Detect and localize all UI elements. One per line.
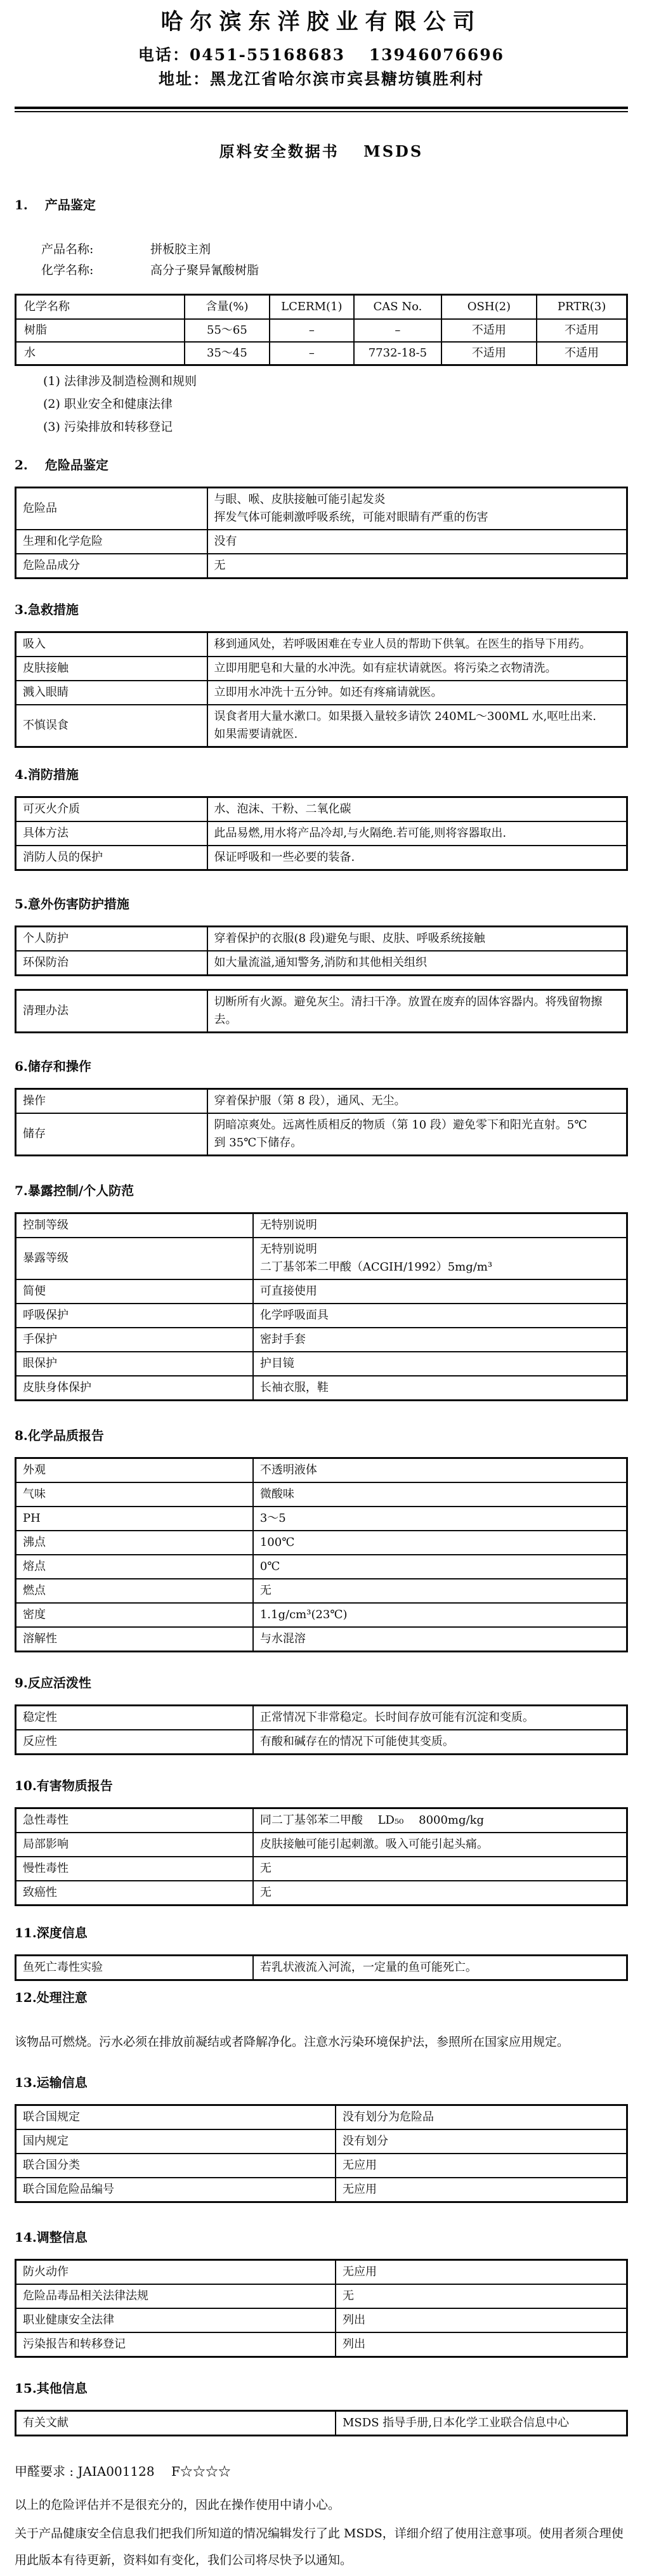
- row-value: 误食者用大量水漱口。如果摄入量较多请饮 240ML～300ML 水,呕吐出来. …: [207, 705, 627, 747]
- section-hazard-identification: 2. 危险品鉴定 危险品 与眼、喉、皮肤接触可能引起发炎 挥发气体可能刺激呼吸系…: [15, 456, 628, 579]
- section-11-heading: 11.深度信息: [15, 1924, 628, 1942]
- row-value: 阴暗凉爽处。远离性质相反的物质（第 10 段）避免零下和阳光直射。5℃ 到 35…: [207, 1113, 627, 1156]
- row-label: 溅入眼睛: [16, 681, 207, 705]
- table-row: 有关文献 MSDS 指导手册,日本化学工业联合信息中心: [16, 2411, 627, 2436]
- row-value: 水、泡沫、干粉、二氧化碳: [207, 797, 627, 822]
- phone-line: 电话：0451-55168683 13946076696: [15, 44, 628, 66]
- row-label: 危险品成分: [16, 554, 207, 579]
- row-value: 正常情况下非常稳定。长时间存放可能有沉淀和变质。: [253, 1706, 627, 1730]
- row-label: 沸点: [16, 1531, 253, 1555]
- msds-document: 哈尔滨东洋胶业有限公司 电话：0451-55168683 13946076696…: [0, 0, 647, 2576]
- row-label: 致癌性: [16, 1881, 253, 1906]
- row-label: 慢性毒性: [16, 1857, 253, 1881]
- row-value: 无应用: [336, 2154, 627, 2178]
- other-info-table: 有关文献 MSDS 指导手册,日本化学工业联合信息中心: [15, 2410, 628, 2436]
- section-4-heading: 4.消防措施: [15, 766, 628, 783]
- table-row: 外观 不透明液体: [16, 1458, 627, 1483]
- row-value: 无: [253, 1881, 627, 1906]
- accidental-release-table: 个人防护 穿着保护的衣服(8 段)避免与眼、皮肤、呼吸系统接触 环保防治 如大量…: [15, 925, 628, 976]
- table-row: 水 35～45 – 7732-18-5 不适用 不适用: [16, 342, 627, 365]
- table-row: 稳定性 正常情况下非常稳定。长时间存放可能有沉淀和变质。: [16, 1706, 627, 1730]
- row-label: 控制等级: [16, 1213, 253, 1238]
- row-label: 呼吸保护: [16, 1304, 253, 1328]
- row-label: 联合国危险品编号: [16, 2178, 336, 2202]
- section-exposure-control: 7.暴露控制/个人防范 控制等级 无特别说明 暴露等级 无特别说明 二丁基邻苯二…: [15, 1182, 628, 1401]
- chemical-name-field: 化学名称:高分子聚异氰酸树脂: [41, 260, 628, 281]
- toxicity-table: 急性毒性 同二丁基邻苯二甲酸 LD₅₀ 8000mg/kg 局部影响 皮肤接触可…: [15, 1807, 628, 1906]
- cell-prtr: 不适用: [537, 342, 627, 365]
- row-value: 此品易燃,用水将产品冷却,与火隔绝.若可能,则将容器取出.: [207, 821, 627, 846]
- section-3-heading: 3.急救措施: [15, 601, 628, 618]
- row-label: 吸入: [16, 632, 207, 657]
- section-toxicology: 10.有害物质报告 急性毒性 同二丁基邻苯二甲酸 LD₅₀ 8000mg/kg …: [15, 1777, 628, 1906]
- table-row: 危险品成分 无: [16, 554, 627, 579]
- row-label: 储存: [16, 1113, 207, 1156]
- table-row: 局部影响 皮肤接触可能引起刺激。吸入可能引起头痛。: [16, 1833, 627, 1857]
- row-value: 0℃: [253, 1555, 627, 1579]
- column-header: LCERM(1): [270, 295, 354, 320]
- hazard-identification-table: 危险品 与眼、喉、皮肤接触可能引起发炎 挥发气体可能刺激呼吸系统，可能对眼睛有严…: [15, 487, 628, 579]
- column-header: 含量(%): [185, 295, 269, 320]
- row-label: 反应性: [16, 1730, 253, 1755]
- row-label: 暴露等级: [16, 1238, 253, 1279]
- row-value: 可直接使用: [253, 1279, 627, 1304]
- table-row: 皮肤身体保护 长袖衣服，鞋: [16, 1376, 627, 1401]
- table-footnotes: (1) 法律涉及制造检测和规则 (2) 职业安全和健康法律 (3) 污染排放和转…: [15, 370, 628, 438]
- fire-fighting-table: 可灭火介质 水、泡沫、干粉、二氧化碳 具体方法 此品易燃,用水将产品冷却,与火隔…: [15, 796, 628, 871]
- column-header: OSH(2): [441, 295, 537, 320]
- column-header: CAS No.: [354, 295, 441, 320]
- row-value: 立即用肥皂和大量的水冲洗。如有症状请就医。将污染之衣物清洗。: [207, 657, 627, 681]
- row-label: 消防人员的保护: [16, 846, 207, 870]
- section-storage-handling: 6.储存和操作 操作 穿着保护服（第 8 段），通风、无尘。 储存 阴暗凉爽处。…: [15, 1057, 628, 1156]
- row-label: 简便: [16, 1279, 253, 1304]
- row-label: 国内规定: [16, 2129, 336, 2154]
- cell-lcerm: –: [270, 342, 354, 365]
- row-label: 生理和化学危险: [16, 530, 207, 554]
- row-value: 无: [207, 554, 627, 579]
- transport-table: 联合国规定 没有划分为危险品 国内规定 没有划分 联合国分类 无应用 联合国危险…: [15, 2104, 628, 2203]
- table-row: 国内规定 没有划分: [16, 2129, 627, 2154]
- column-header: PRTR(3): [537, 295, 627, 320]
- table-row: 储存 阴暗凉爽处。远离性质相反的物质（第 10 段）避免零下和阳光直射。5℃ 到…: [16, 1113, 627, 1156]
- table-row: 熔点 0℃: [16, 1555, 627, 1579]
- table-row: PH 3～5: [16, 1507, 627, 1531]
- section-ecological: 11.深度信息 鱼死亡毒性实验 若乳状液流入河流，一定量的鱼可能死亡。: [15, 1924, 628, 1981]
- cell-chemical: 水: [16, 342, 185, 365]
- row-value: 无: [336, 2284, 627, 2308]
- table-row: 防火动作 无应用: [16, 2260, 627, 2285]
- table-row: 眼保护 护目镜: [16, 1352, 627, 1376]
- table-row: 呼吸保护 化学呼吸面具: [16, 1304, 627, 1328]
- header-divider: [15, 107, 628, 112]
- table-row: 气味 微酸味: [16, 1482, 627, 1507]
- table-row: 危险品 与眼、喉、皮肤接触可能引起发炎 挥发气体可能刺激呼吸系统，可能对眼睛有严…: [16, 488, 627, 530]
- table-row: 反应性 有酸和碱存在的情况下可能使其变质。: [16, 1730, 627, 1755]
- row-label: 个人防护: [16, 927, 207, 951]
- row-value: 列出: [336, 2332, 627, 2357]
- table-row: 联合国分类 无应用: [16, 2154, 627, 2178]
- table-row: 生理和化学危险 没有: [16, 530, 627, 554]
- section-15-heading: 15.其他信息: [15, 2379, 628, 2397]
- cell-cas: –: [354, 319, 441, 342]
- cell-content: 55～65: [185, 319, 269, 342]
- footnote-2: (2) 职业安全和健康法律: [43, 393, 628, 415]
- row-value: 皮肤接触可能引起刺激。吸入可能引起头痛。: [253, 1833, 627, 1857]
- row-value: 密封手套: [253, 1328, 627, 1352]
- cell-prtr: 不适用: [537, 319, 627, 342]
- row-value: 无: [253, 1857, 627, 1881]
- section-physical-properties: 8.化学品质报告 外观 不透明液体 气味 微酸味 PH 3～5 沸点 100℃: [15, 1427, 628, 1652]
- row-value: 保证呼吸和一些必要的装备.: [207, 846, 627, 870]
- row-value: 1.1g/cm³(23℃): [253, 1603, 627, 1627]
- row-label: 急性毒性: [16, 1808, 253, 1833]
- physical-properties-table: 外观 不透明液体 气味 微酸味 PH 3～5 沸点 100℃ 熔点 0℃: [15, 1457, 628, 1652]
- table-row: 消防人员的保护 保证呼吸和一些必要的装备.: [16, 846, 627, 870]
- disclaimer-line-1: 以上的危险评估并不是很充分的，因此在操作使用中请小心。: [15, 2495, 628, 2515]
- composition-table: 化学名称 含量(%) LCERM(1) CAS No. OSH(2) PRTR(…: [15, 294, 628, 366]
- section-accidental-release: 5.意外伤害防护措施 个人防护 穿着保护的衣服(8 段)避免与眼、皮肤、呼吸系统…: [15, 895, 628, 1033]
- row-label: 手保护: [16, 1328, 253, 1352]
- footnote-3: (3) 污染排放和转移登记: [43, 415, 628, 438]
- table-row: 暴露等级 无特别说明 二丁基邻苯二甲酸（ACGIH/1992）5mg/m³: [16, 1238, 627, 1279]
- product-name-field: 产品名称:拼板胶主剂: [41, 239, 628, 260]
- table-row: 具体方法 此品易燃,用水将产品冷却,与火隔绝.若可能,则将容器取出.: [16, 821, 627, 846]
- row-label: 可灭火介质: [16, 797, 207, 822]
- table-row: 致癌性 无: [16, 1881, 627, 1906]
- section-7-heading: 7.暴露控制/个人防范: [15, 1182, 628, 1200]
- section-fire-fighting: 4.消防措施 可灭火介质 水、泡沫、干粉、二氧化碳 具体方法 此品易燃,用水将产…: [15, 766, 628, 871]
- table-row: 吸入 移到通风处，若呼吸困难在专业人员的帮助下供氧。在医生的指导下用药。: [16, 632, 627, 657]
- row-label: 有关文献: [16, 2411, 336, 2436]
- section-reactivity: 9.反应活泼性 稳定性 正常情况下非常稳定。长时间存放可能有沉淀和变质。 反应性…: [15, 1674, 628, 1755]
- row-value: 穿着保护服（第 8 段），通风、无尘。: [207, 1089, 627, 1114]
- cell-cas: 7732-18-5: [354, 342, 441, 365]
- regulatory-table: 防火动作 无应用 危险品毒品相关法律法规 无 职业健康安全法律 列出 污染报告和…: [15, 2259, 628, 2358]
- address-line: 地址：黑龙江省哈尔滨市宾县糖坊镇胜利村: [15, 69, 628, 90]
- row-value: 护目镜: [253, 1352, 627, 1376]
- section-disposal: 12.处理注意 该物品可燃烧。污水必须在排放前凝结或者降解净化。注意水污染环境保…: [15, 1989, 628, 2052]
- table-row: 污染报告和转移登记 列出: [16, 2332, 627, 2357]
- row-value: 无: [253, 1579, 627, 1603]
- row-label: 气味: [16, 1482, 253, 1507]
- row-label: 联合国规定: [16, 2105, 336, 2130]
- row-value: 有酸和碱存在的情况下可能使其变质。: [253, 1730, 627, 1755]
- cell-lcerm: –: [270, 319, 354, 342]
- section-first-aid: 3.急救措施 吸入 移到通风处，若呼吸困难在专业人员的帮助下供氧。在医生的指导下…: [15, 601, 628, 748]
- document-title: 原料安全数据书 MSDS: [15, 141, 628, 162]
- cell-content: 35～45: [185, 342, 269, 365]
- section-13-heading: 13.运输信息: [15, 2074, 628, 2091]
- row-label: 燃点: [16, 1579, 253, 1603]
- row-label: 稳定性: [16, 1706, 253, 1730]
- table-row: 沸点 100℃: [16, 1531, 627, 1555]
- table-row: 树脂 55～65 – – 不适用 不适用: [16, 319, 627, 342]
- ecological-table: 鱼死亡毒性实验 若乳状液流入河流，一定量的鱼可能死亡。: [15, 1954, 628, 1981]
- table-row: 控制等级 无特别说明: [16, 1213, 627, 1238]
- first-aid-table: 吸入 移到通风处，若呼吸困难在专业人员的帮助下供氧。在医生的指导下用药。 皮肤接…: [15, 631, 628, 748]
- product-fields: 产品名称:拼板胶主剂 化学名称:高分子聚异氰酸树脂: [15, 239, 628, 281]
- row-value: 移到通风处，若呼吸困难在专业人员的帮助下供氧。在医生的指导下用药。: [207, 632, 627, 657]
- section-6-heading: 6.储存和操作: [15, 1057, 628, 1075]
- row-value: 无特别说明: [253, 1213, 627, 1238]
- row-value: 3～5: [253, 1507, 627, 1531]
- row-value: 列出: [336, 2308, 627, 2332]
- exposure-control-table: 控制等级 无特别说明 暴露等级 无特别说明 二丁基邻苯二甲酸（ACGIH/199…: [15, 1212, 628, 1401]
- row-label: 皮肤接触: [16, 657, 207, 681]
- row-value: 若乳状液流入河流，一定量的鱼可能死亡。: [253, 1956, 627, 1980]
- table-row: 手保护 密封手套: [16, 1328, 627, 1352]
- table-row: 溅入眼睛 立即用水冲洗十五分钟。如还有疼痛请就医。: [16, 681, 627, 705]
- section-10-heading: 10.有害物质报告: [15, 1777, 628, 1795]
- table-row: 联合国规定 没有划分为危险品: [16, 2105, 627, 2130]
- cell-osh: 不适用: [441, 342, 537, 365]
- row-value: 穿着保护的衣服(8 段)避免与眼、皮肤、呼吸系统接触: [207, 927, 627, 951]
- row-label: 外观: [16, 1458, 253, 1483]
- row-label: 局部影响: [16, 1833, 253, 1857]
- table-row: 密度 1.1g/cm³(23℃): [16, 1603, 627, 1627]
- formaldehyde-rating: 甲醛要求 : JAIA001128 F☆☆☆☆: [15, 2462, 628, 2481]
- product-name-label: 产品名称:: [41, 239, 150, 260]
- disclaimer-line-2: 关于产品健康安全信息我们把我们所知道的情况编辑发行了此 MSDS，详细介绍了使用…: [15, 2520, 628, 2573]
- table-row: 操作 穿着保护服（第 8 段），通风、无尘。: [16, 1089, 627, 1114]
- section-2-heading: 2. 危险品鉴定: [15, 456, 628, 474]
- table-row: 溶解性 与水混溶: [16, 1627, 627, 1652]
- section-12-heading: 12.处理注意: [15, 1989, 628, 2006]
- row-label: 环保防治: [16, 951, 207, 976]
- row-value: 与眼、喉、皮肤接触可能引起发炎 挥发气体可能刺激呼吸系统，可能对眼睛有严重的伤害: [207, 488, 627, 530]
- row-value: 无应用: [336, 2178, 627, 2202]
- table-row: 急性毒性 同二丁基邻苯二甲酸 LD₅₀ 8000mg/kg: [16, 1808, 627, 1833]
- row-value: 没有: [207, 530, 627, 554]
- row-value: 立即用水冲洗十五分钟。如还有疼痛请就医。: [207, 681, 627, 705]
- section-regulatory: 14.调整信息 防火动作 无应用 危险品毒品相关法律法规 无 职业健康安全法律 …: [15, 2228, 628, 2358]
- section-product-identification: 1. 产品鉴定 产品名称:拼板胶主剂 化学名称:高分子聚异氰酸树脂 化学名称 含…: [15, 196, 628, 438]
- row-label: 皮肤身体保护: [16, 1376, 253, 1401]
- row-label: 密度: [16, 1603, 253, 1627]
- table-row: 鱼死亡毒性实验 若乳状液流入河流，一定量的鱼可能死亡。: [16, 1956, 627, 1980]
- section-5-heading: 5.意外伤害防护措施: [15, 895, 628, 913]
- table-row: 简便 可直接使用: [16, 1279, 627, 1304]
- company-name: 哈尔滨东洋胶业有限公司: [15, 8, 628, 37]
- row-value: 化学呼吸面具: [253, 1304, 627, 1328]
- row-value: 微酸味: [253, 1482, 627, 1507]
- footnote-1: (1) 法律涉及制造检测和规则: [43, 370, 628, 393]
- table-row: 个人防护 穿着保护的衣服(8 段)避免与眼、皮肤、呼吸系统接触: [16, 927, 627, 951]
- table-row: 燃点 无: [16, 1579, 627, 1603]
- row-label: 联合国分类: [16, 2154, 336, 2178]
- table-row: 清理办法 切断所有火源。避免灰尘。清扫干净。放置在废弃的固体容器内。将残留物擦去…: [16, 990, 627, 1033]
- table-row: 慢性毒性 无: [16, 1857, 627, 1881]
- row-label: PH: [16, 1507, 253, 1531]
- product-name-value: 拼板胶主剂: [150, 242, 211, 256]
- row-label: 清理办法: [16, 990, 207, 1033]
- row-value: 100℃: [253, 1531, 627, 1555]
- row-value: 如大量流溢,通知警务,消防和其他相关组织: [207, 951, 627, 976]
- cleanup-table: 清理办法 切断所有火源。避免灰尘。清扫干净。放置在废弃的固体容器内。将残留物擦去…: [15, 989, 628, 1033]
- row-label: 防火动作: [16, 2260, 336, 2285]
- row-label: 溶解性: [16, 1627, 253, 1652]
- row-value: MSDS 指导手册,日本化学工业联合信息中心: [336, 2411, 627, 2436]
- section-1-heading: 1. 产品鉴定: [15, 196, 628, 214]
- table-row: 可灭火介质 水、泡沫、干粉、二氧化碳: [16, 797, 627, 822]
- storage-handling-table: 操作 穿着保护服（第 8 段），通风、无尘。 储存 阴暗凉爽处。远离性质相反的物…: [15, 1088, 628, 1156]
- row-value: 没有划分为危险品: [336, 2105, 627, 2130]
- row-value: 没有划分: [336, 2129, 627, 2154]
- row-value: 切断所有火源。避免灰尘。清扫干净。放置在废弃的固体容器内。将残留物擦去。: [207, 990, 627, 1033]
- row-label: 熔点: [16, 1555, 253, 1579]
- row-label: 危险品: [16, 488, 207, 530]
- row-value: 与水混溶: [253, 1627, 627, 1652]
- table-row: 皮肤接触 立即用肥皂和大量的水冲洗。如有症状请就医。将污染之衣物清洗。: [16, 657, 627, 681]
- row-value: 同二丁基邻苯二甲酸 LD₅₀ 8000mg/kg: [253, 1808, 627, 1833]
- table-row: 职业健康安全法律 列出: [16, 2308, 627, 2332]
- section-other-info: 15.其他信息 有关文献 MSDS 指导手册,日本化学工业联合信息中心: [15, 2379, 628, 2436]
- row-label: 具体方法: [16, 821, 207, 846]
- chemical-name-value: 高分子聚异氰酸树脂: [150, 263, 259, 277]
- table-row: 环保防治 如大量流溢,通知警务,消防和其他相关组织: [16, 951, 627, 976]
- cell-chemical: 树脂: [16, 319, 185, 342]
- row-value: 无应用: [336, 2260, 627, 2285]
- column-header: 化学名称: [16, 295, 185, 320]
- cell-osh: 不适用: [441, 319, 537, 342]
- row-label: 眼保护: [16, 1352, 253, 1376]
- table-row: 不慎误食 误食者用大量水漱口。如果摄入量较多请饮 240ML～300ML 水,呕…: [16, 705, 627, 747]
- table-row: 联合国危险品编号 无应用: [16, 2178, 627, 2202]
- table-row: 危险品毒品相关法律法规 无: [16, 2284, 627, 2308]
- section-transport: 13.运输信息 联合国规定 没有划分为危险品 国内规定 没有划分 联合国分类 无…: [15, 2074, 628, 2203]
- row-value: 长袖衣服，鞋: [253, 1376, 627, 1401]
- row-label: 职业健康安全法律: [16, 2308, 336, 2332]
- reactivity-table: 稳定性 正常情况下非常稳定。长时间存放可能有沉淀和变质。 反应性 有酸和碱存在的…: [15, 1704, 628, 1755]
- row-value: 无特别说明 二丁基邻苯二甲酸（ACGIH/1992）5mg/m³: [253, 1238, 627, 1279]
- disposal-paragraph: 该物品可燃烧。污水必须在排放前凝结或者降解净化。注意水污染环境保护法，参照所在国…: [15, 2032, 628, 2052]
- row-label: 不慎误食: [16, 705, 207, 747]
- row-label: 鱼死亡毒性实验: [16, 1956, 253, 1980]
- section-8-heading: 8.化学品质报告: [15, 1427, 628, 1444]
- row-label: 操作: [16, 1089, 207, 1114]
- section-14-heading: 14.调整信息: [15, 2228, 628, 2246]
- table-header-row: 化学名称 含量(%) LCERM(1) CAS No. OSH(2) PRTR(…: [16, 295, 627, 320]
- chemical-name-label: 化学名称:: [41, 260, 150, 281]
- row-value: 不透明液体: [253, 1458, 627, 1483]
- section-9-heading: 9.反应活泼性: [15, 1674, 628, 1692]
- row-label: 污染报告和转移登记: [16, 2332, 336, 2357]
- row-label: 危险品毒品相关法律法规: [16, 2284, 336, 2308]
